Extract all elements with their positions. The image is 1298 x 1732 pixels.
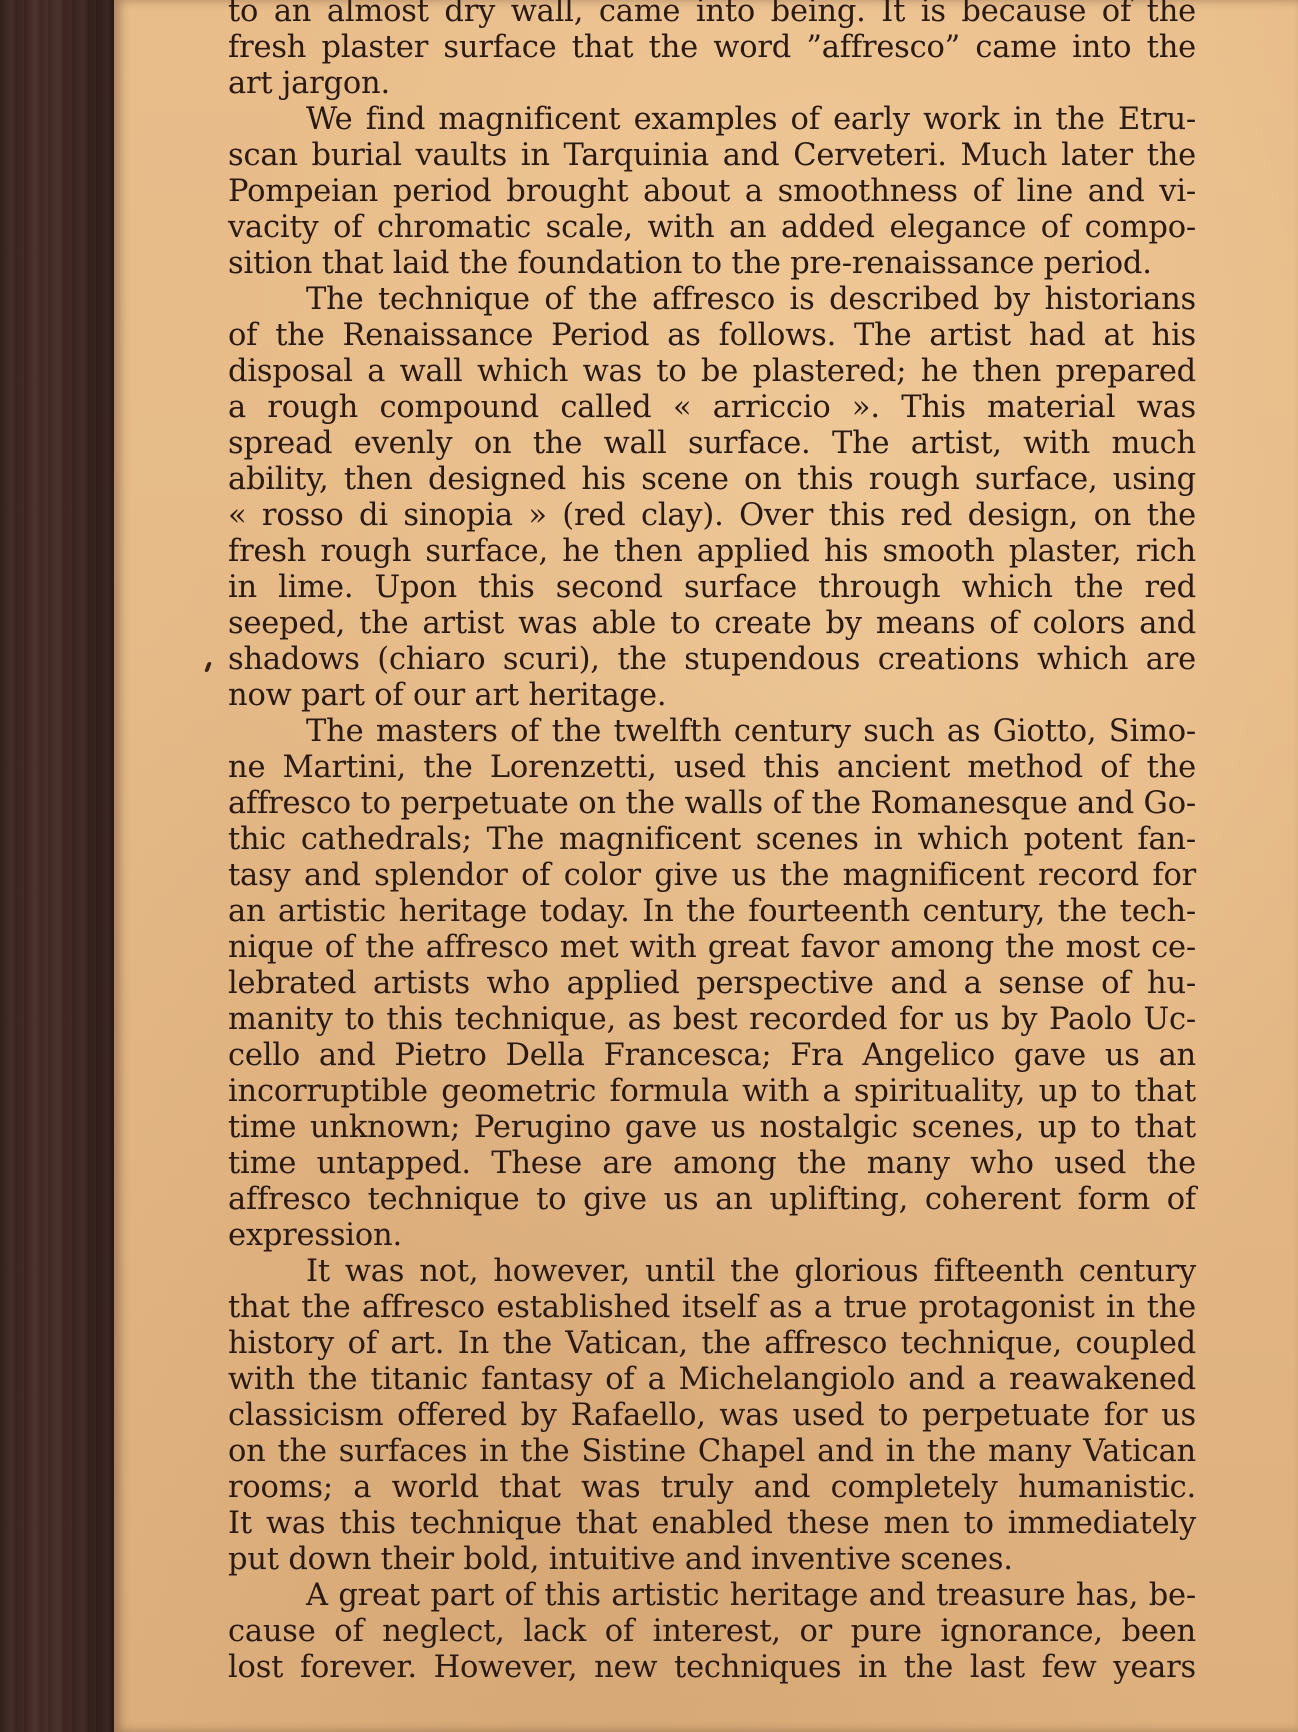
text-line: ne Martini, the Lorenzetti, used this an… <box>228 750 1196 786</box>
text-line: now part of our art heritage. <box>228 678 1196 714</box>
paragraph-first-line: A great part of this artistic heritage a… <box>228 1578 1196 1614</box>
text-line: in lime. Upon this second surface throug… <box>228 570 1196 606</box>
text-line: rooms; a world that was truly and comple… <box>228 1470 1196 1506</box>
text-line: lebrated artists who applied perspective… <box>228 966 1196 1002</box>
text-line: affresco technique to give us an uplifti… <box>228 1182 1196 1218</box>
text-line: time unknown; Perugino gave us nostalgic… <box>228 1110 1196 1146</box>
text-line: spread evenly on the wall surface. The a… <box>228 426 1196 462</box>
text-line: classicism offered by Rafaello, was used… <box>228 1398 1196 1434</box>
text-line: scan burial vaults in Tarquinia and Cerv… <box>228 138 1196 174</box>
text-line: thic cathedrals; The magnificent scenes … <box>228 822 1196 858</box>
paragraph-first-line: We find magnificent examples of early wo… <box>228 102 1196 138</box>
text-line: manity to this technique, as best record… <box>228 1002 1196 1038</box>
text-line: disposal a wall which was to be plastere… <box>228 354 1196 390</box>
text-line: art jargon. <box>228 66 1196 102</box>
text-line: expression. <box>228 1218 1196 1254</box>
text-line: put down their bold, intuitive and inven… <box>228 1542 1196 1578</box>
text-line: to an almost dry wall, came into being. … <box>228 0 1196 30</box>
text-line: lost forever. However, new techniques in… <box>228 1650 1196 1686</box>
text-line: ability, then designed his scene on this… <box>228 462 1196 498</box>
text-line: of the Renaissance Period as follows. Th… <box>228 318 1196 354</box>
text-line: nique of the affresco met with great fav… <box>228 930 1196 966</box>
text-line: cause of neglect, lack of interest, or p… <box>228 1614 1196 1650</box>
text-line: seeped, the artist was able to create by… <box>228 606 1196 642</box>
text-line: « rosso di sinopia » (red clay). Over th… <box>228 498 1196 534</box>
text-line: Pompeian period brought about a smoothne… <box>228 174 1196 210</box>
text-line: with the titanic fantasy of a Michelangi… <box>228 1362 1196 1398</box>
text-line: incorruptible geometric formula with a s… <box>228 1074 1196 1110</box>
text-line: tasy and splendor of color give us the m… <box>228 858 1196 894</box>
text-line: time untapped. These are among the many … <box>228 1146 1196 1182</box>
wooden-surface-background <box>0 0 116 1732</box>
paragraph-first-line: It was not, however, until the glorious … <box>228 1254 1196 1290</box>
text-line: that the affresco established itself as … <box>228 1290 1196 1326</box>
text-line: affresco to perpetuate on the walls of t… <box>228 786 1196 822</box>
text-line: a rough compound called « arriccio ». Th… <box>228 390 1196 426</box>
paragraph-first-line: The masters of the twelfth century such … <box>228 714 1196 750</box>
article-body-text: to an almost dry wall, came into being. … <box>228 0 1196 1686</box>
text-line: sition that laid the foundation to the p… <box>228 246 1196 282</box>
text-line: fresh plaster surface that the word ”aff… <box>228 30 1196 66</box>
text-line: an artistic heritage today. In the fourt… <box>228 894 1196 930</box>
text-line: cello and Pietro Della Francesca; Fra An… <box>228 1038 1196 1074</box>
text-line: It was this technique that enabled these… <box>228 1506 1196 1542</box>
text-line: fresh rough surface, he then applied his… <box>228 534 1196 570</box>
text-line: shadows (chiaro scuri), the stupendous c… <box>228 642 1196 678</box>
text-line: history of art. In the Vatican, the affr… <box>228 1326 1196 1362</box>
text-line: on the surfaces in the Sistine Chapel an… <box>228 1434 1196 1470</box>
photo-scene: to an almost dry wall, came into being. … <box>0 0 1298 1732</box>
text-line: vacity of chromatic scale, with an added… <box>228 210 1196 246</box>
paragraph-first-line: The technique of the affresco is describ… <box>228 282 1196 318</box>
